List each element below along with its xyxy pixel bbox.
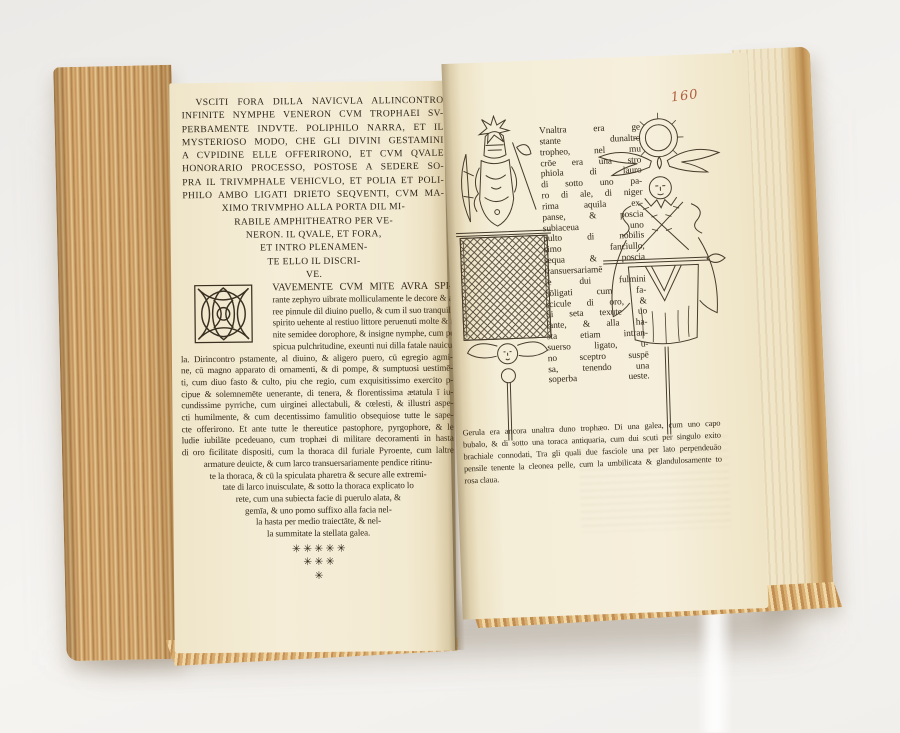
stand-reflection (697, 596, 733, 733)
body-indent-lines: rante zephyro uibrate molliculamente le … (180, 293, 453, 354)
body-text-block: VAVEMENTE CVM MITE AVRA SPI- rante zephy… (180, 280, 455, 585)
left-page: VSCITI FORA DILLA NAVICVLA ALLINCONTRO I… (169, 81, 456, 654)
right-page: 160 (441, 52, 768, 619)
handwritten-folio-number: 160 (670, 87, 699, 105)
heading-justified-lines: INFINITE NYMPHE VENERON CVM TROPHAEI SV-… (182, 107, 445, 203)
asterisk-colophon: ✳ ✳ ✳ ✳ ✳✳ ✳ ✳✳ (183, 541, 455, 584)
bottom-paragraph: Gerula era ancora unaltra duno trophæo. … (462, 418, 722, 488)
body-full-lines: la. Dirincontro pstamente, al diuino, & … (181, 351, 454, 459)
asterisk-row: ✳ (183, 568, 455, 584)
left-fore-edge-pages (53, 65, 184, 662)
heading-taper-lines: XIMO TRIVMPHO ALLA PORTA DIL MI-RABILE A… (182, 200, 445, 282)
text-line: XIMO TRIVMPHO ALLA PORTA DIL MI- (182, 200, 444, 216)
body-taper-lines: armature deuicte, & cum larco transuersa… (182, 456, 455, 541)
book-photograph: VSCITI FORA DILLA NAVICVLA ALLINCONTRO I… (0, 0, 900, 733)
chapter-heading: VSCITI FORA DILLA NAVICVLA ALLINCONTRO I… (181, 94, 445, 283)
trophy-woodcut-right-icon (591, 108, 735, 437)
text-line: la summitate la stellata galea. (183, 527, 455, 541)
text-line: spicua pulchritudine, exeunti nui dilla … (273, 339, 453, 352)
